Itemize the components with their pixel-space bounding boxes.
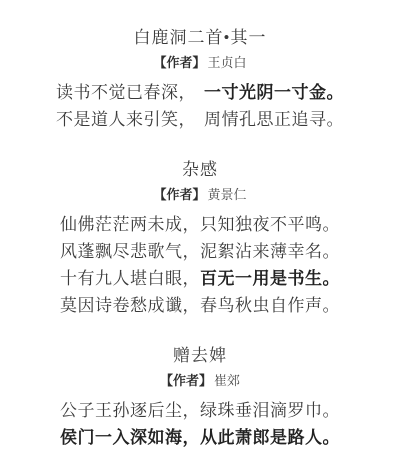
author-label: 【作者】 [153, 187, 205, 202]
poem-lines: 仙佛茫茫两未成，只知独夜不平鸣。 风蓬飘尽悲歌气，泥絮沾来薄幸名。 十有九人堪白… [0, 211, 400, 319]
poem-line: 公子王孙逐后尘，绿珠垂泪滴罗巾。 [0, 397, 400, 424]
line-segment: 十有九人堪白眼， [60, 269, 200, 288]
line-segment: 一寸光阴一寸金。 [204, 83, 344, 102]
line-segment: 不是道人来引笑， [56, 110, 196, 129]
poem-line: 不是道人来引笑，周情孔思正追寻。 [0, 106, 400, 133]
line-segment: 读书不觉已春深， [56, 83, 196, 102]
poem-bailudong: 白鹿洞二首•其一 【作者】王贞白 读书不觉已春深，一寸光阴一寸金。 不是道人来引… [0, 27, 400, 133]
line-segment: 泥絮沾来薄幸名。 [200, 242, 340, 261]
poem-author-line: 【作者】王贞白 [0, 54, 400, 72]
line-segment: 周情孔思正追寻。 [204, 110, 344, 129]
author-label: 【作者】 [160, 373, 212, 388]
poem-author-line: 【作者】黄景仁 [0, 186, 400, 204]
poem-lines: 读书不觉已春深，一寸光阴一寸金。 不是道人来引笑，周情孔思正追寻。 [0, 79, 400, 133]
author-name: 黄景仁 [208, 187, 247, 202]
poem-lines: 公子王孙逐后尘，绿珠垂泪滴罗巾。 侯门一入深如海，从此萧郎是路人。 [0, 397, 400, 451]
line-segment: 莫因诗卷愁成谶， [60, 296, 200, 315]
author-name: 王贞白 [208, 55, 247, 70]
poem-author-line: 【作者】崔郊 [0, 372, 400, 390]
line-segment: 从此萧郎是路人。 [200, 428, 340, 447]
poem-zagan: 杂感 【作者】黄景仁 仙佛茫茫两未成，只知独夜不平鸣。 风蓬飘尽悲歌气，泥絮沾来… [0, 159, 400, 319]
poems-document: 白鹿洞二首•其一 【作者】王贞白 读书不觉已春深，一寸光阴一寸金。 不是道人来引… [0, 0, 400, 460]
line-segment: 绿珠垂泪滴罗巾。 [200, 401, 340, 420]
line-segment: 公子王孙逐后尘， [60, 401, 200, 420]
poem-line: 风蓬飘尽悲歌气，泥絮沾来薄幸名。 [0, 238, 400, 265]
line-segment: 仙佛茫茫两未成， [60, 215, 200, 234]
poem-line: 仙佛茫茫两未成，只知独夜不平鸣。 [0, 211, 400, 238]
line-segment: 只知独夜不平鸣。 [200, 215, 340, 234]
poem-zengqubi: 赠去婢 【作者】崔郊 公子王孙逐后尘，绿珠垂泪滴罗巾。 侯门一入深如海，从此萧郎… [0, 345, 400, 451]
poem-title: 杂感 [0, 159, 400, 181]
author-name: 崔郊 [214, 373, 240, 388]
line-segment: 侯门一入深如海， [60, 428, 200, 447]
poem-line: 莫因诗卷愁成谶，春鸟秋虫自作声。 [0, 292, 400, 319]
poem-line: 读书不觉已春深，一寸光阴一寸金。 [0, 79, 400, 106]
poem-title: 赠去婢 [0, 345, 400, 367]
poem-title: 白鹿洞二首•其一 [0, 27, 400, 49]
poem-line: 侯门一入深如海，从此萧郎是路人。 [0, 424, 400, 451]
author-label: 【作者】 [153, 55, 205, 70]
line-segment: 春鸟秋虫自作声。 [200, 296, 340, 315]
line-segment: 风蓬飘尽悲歌气， [60, 242, 200, 261]
poem-line: 十有九人堪白眼，百无一用是书生。 [0, 265, 400, 292]
line-segment: 百无一用是书生。 [200, 269, 340, 288]
